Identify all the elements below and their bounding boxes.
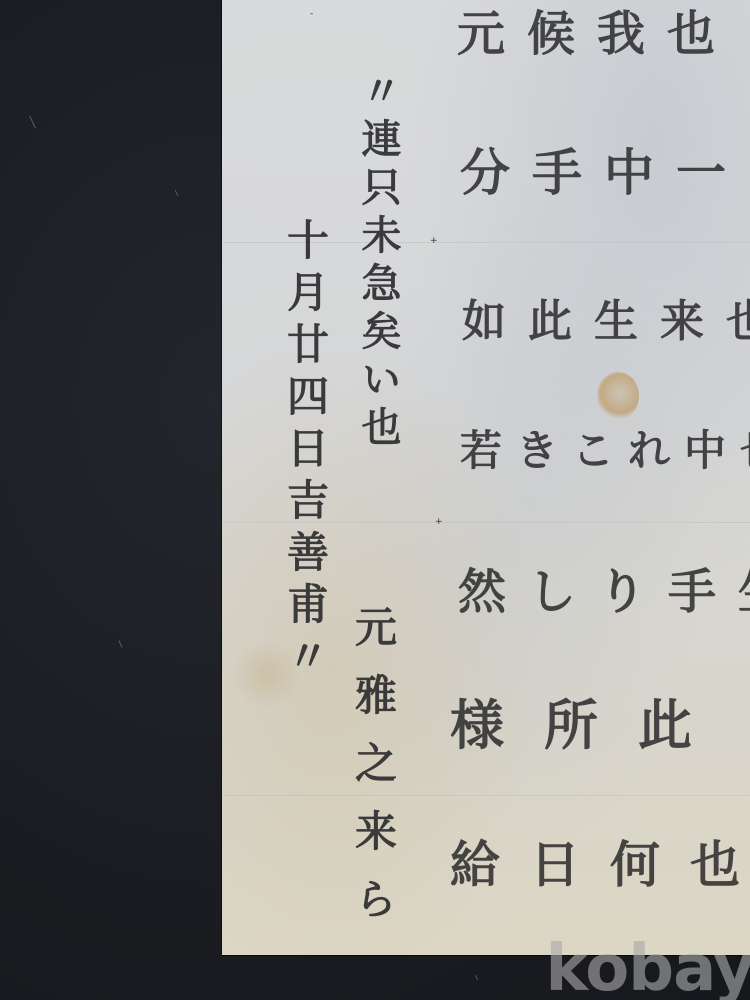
- ink-tick-mark: -: [310, 9, 313, 19]
- ink-tick-mark: +: [430, 236, 438, 246]
- felt-fiber: [175, 190, 178, 196]
- body-line-5: 然しり手生: [458, 568, 750, 616]
- felt-fiber: [475, 975, 478, 980]
- ink-tick-mark: +: [435, 517, 443, 527]
- body-line-6: 様所此: [450, 698, 732, 752]
- body-line-2: 分手中一: [460, 148, 748, 198]
- photo-stage: + + - 〃連只未急矣い也 元雅之来ら 十月廿四日吉善甫〃 元候我也 分手中一…: [0, 0, 750, 1000]
- body-line-4: 若きこれ中也: [460, 430, 750, 472]
- foxing-stain: [597, 372, 639, 420]
- washi-paper-document: + + - 〃連只未急矣い也 元雅之来ら 十月廿四日吉善甫〃 元候我也 分手中一…: [222, 0, 750, 955]
- closing-line-2: 元雅之来ら: [352, 605, 394, 945]
- fold-line: [222, 795, 750, 797]
- felt-fiber: [29, 115, 36, 128]
- closing-line-1: 〃連只未急矣い也: [358, 70, 398, 454]
- kobay-watermark: kobay: [545, 932, 750, 1000]
- body-line-7: 給日何也: [450, 840, 750, 890]
- body-line-1: 元候我也: [457, 10, 737, 58]
- felt-fiber: [118, 640, 122, 648]
- body-line-3: 如此生来也: [462, 300, 750, 344]
- date-signature: 十月廿四日吉善甫〃: [284, 218, 326, 686]
